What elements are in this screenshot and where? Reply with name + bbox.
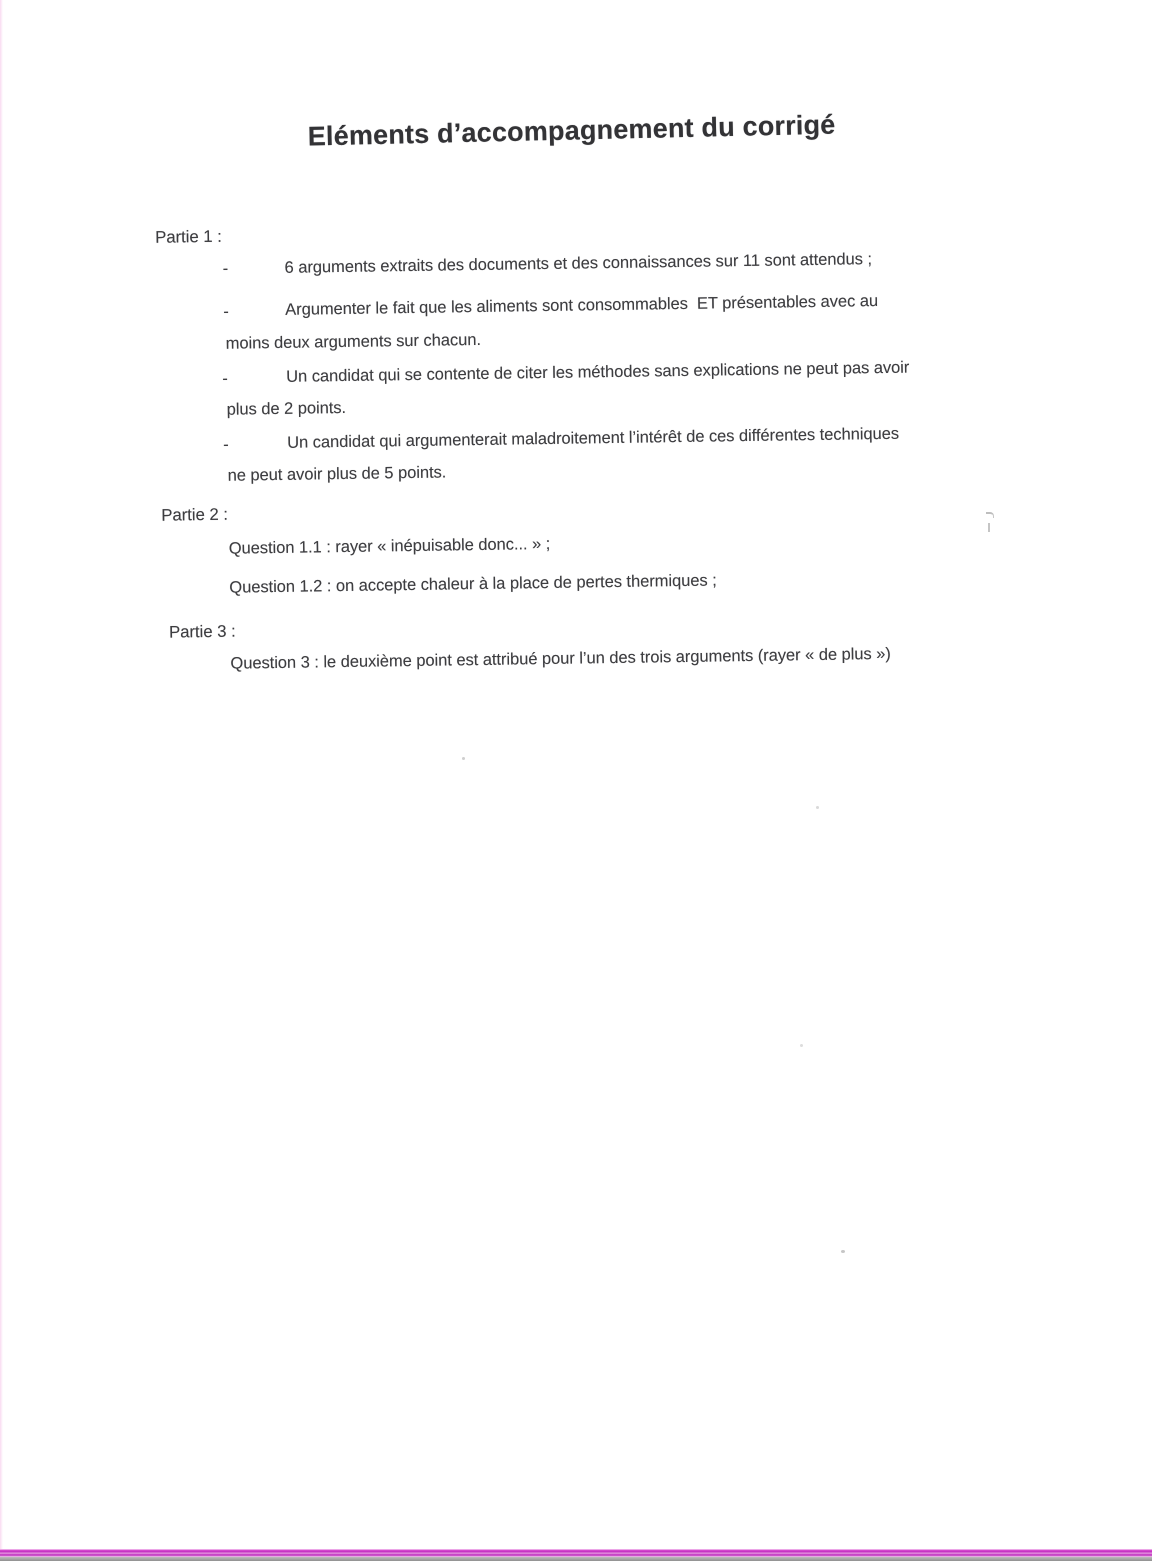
- bullet-text: plus de 2 points.: [227, 399, 347, 420]
- partie-1-heading: Partie 1 :: [155, 227, 222, 248]
- scan-speck: [816, 806, 819, 809]
- scan-smudge: [984, 512, 996, 538]
- question-1-2-line: Question 1.2 : on accepte chaleur à la p…: [229, 571, 717, 597]
- document-title: Eléments d’accompagnement du corrigé: [0, 103, 1148, 160]
- bullet-text: ne peut avoir plus de 5 points.: [228, 463, 447, 485]
- document-content: Eléments d’accompagnement du corrigé Par…: [0, 0, 1152, 1561]
- scan-speck: [800, 1044, 803, 1047]
- question-3-line: Question 3 : le deuxième point est attri…: [230, 645, 891, 674]
- partie-3-heading: Partie 3 :: [169, 622, 236, 643]
- bullet-marker: -: [222, 260, 228, 279]
- partie-2-heading: Partie 2 :: [161, 505, 228, 526]
- scan-left-edge-tint: [0, 0, 3, 1561]
- bullet-text: Un candidat qui se contente de citer les…: [286, 359, 909, 387]
- scan-bottom-magenta-line: [0, 1549, 1152, 1557]
- bullet-text: moins deux arguments sur chacun.: [226, 331, 481, 354]
- bullet-text: Un candidat qui argumenterait maladroite…: [287, 425, 899, 453]
- scan-smudge-curl: [986, 512, 994, 518]
- scanned-document-page: Eléments d’accompagnement du corrigé Par…: [0, 0, 1152, 1561]
- bullet-marker: -: [222, 370, 228, 389]
- scan-speck: [462, 757, 465, 760]
- bullet-marker: -: [223, 303, 229, 322]
- scan-bottom-gray-bar: [0, 1557, 1152, 1561]
- bullet-text: Argumenter le fait que les aliments sont…: [285, 292, 878, 320]
- scan-speck: [841, 1250, 845, 1253]
- bullet-text: 6 arguments extraits des documents et de…: [284, 250, 872, 278]
- question-1-1-line: Question 1.1 : rayer « inépuisable donc.…: [229, 535, 551, 559]
- scan-smudge-tick: [988, 523, 990, 532]
- bullet-marker: -: [223, 436, 229, 455]
